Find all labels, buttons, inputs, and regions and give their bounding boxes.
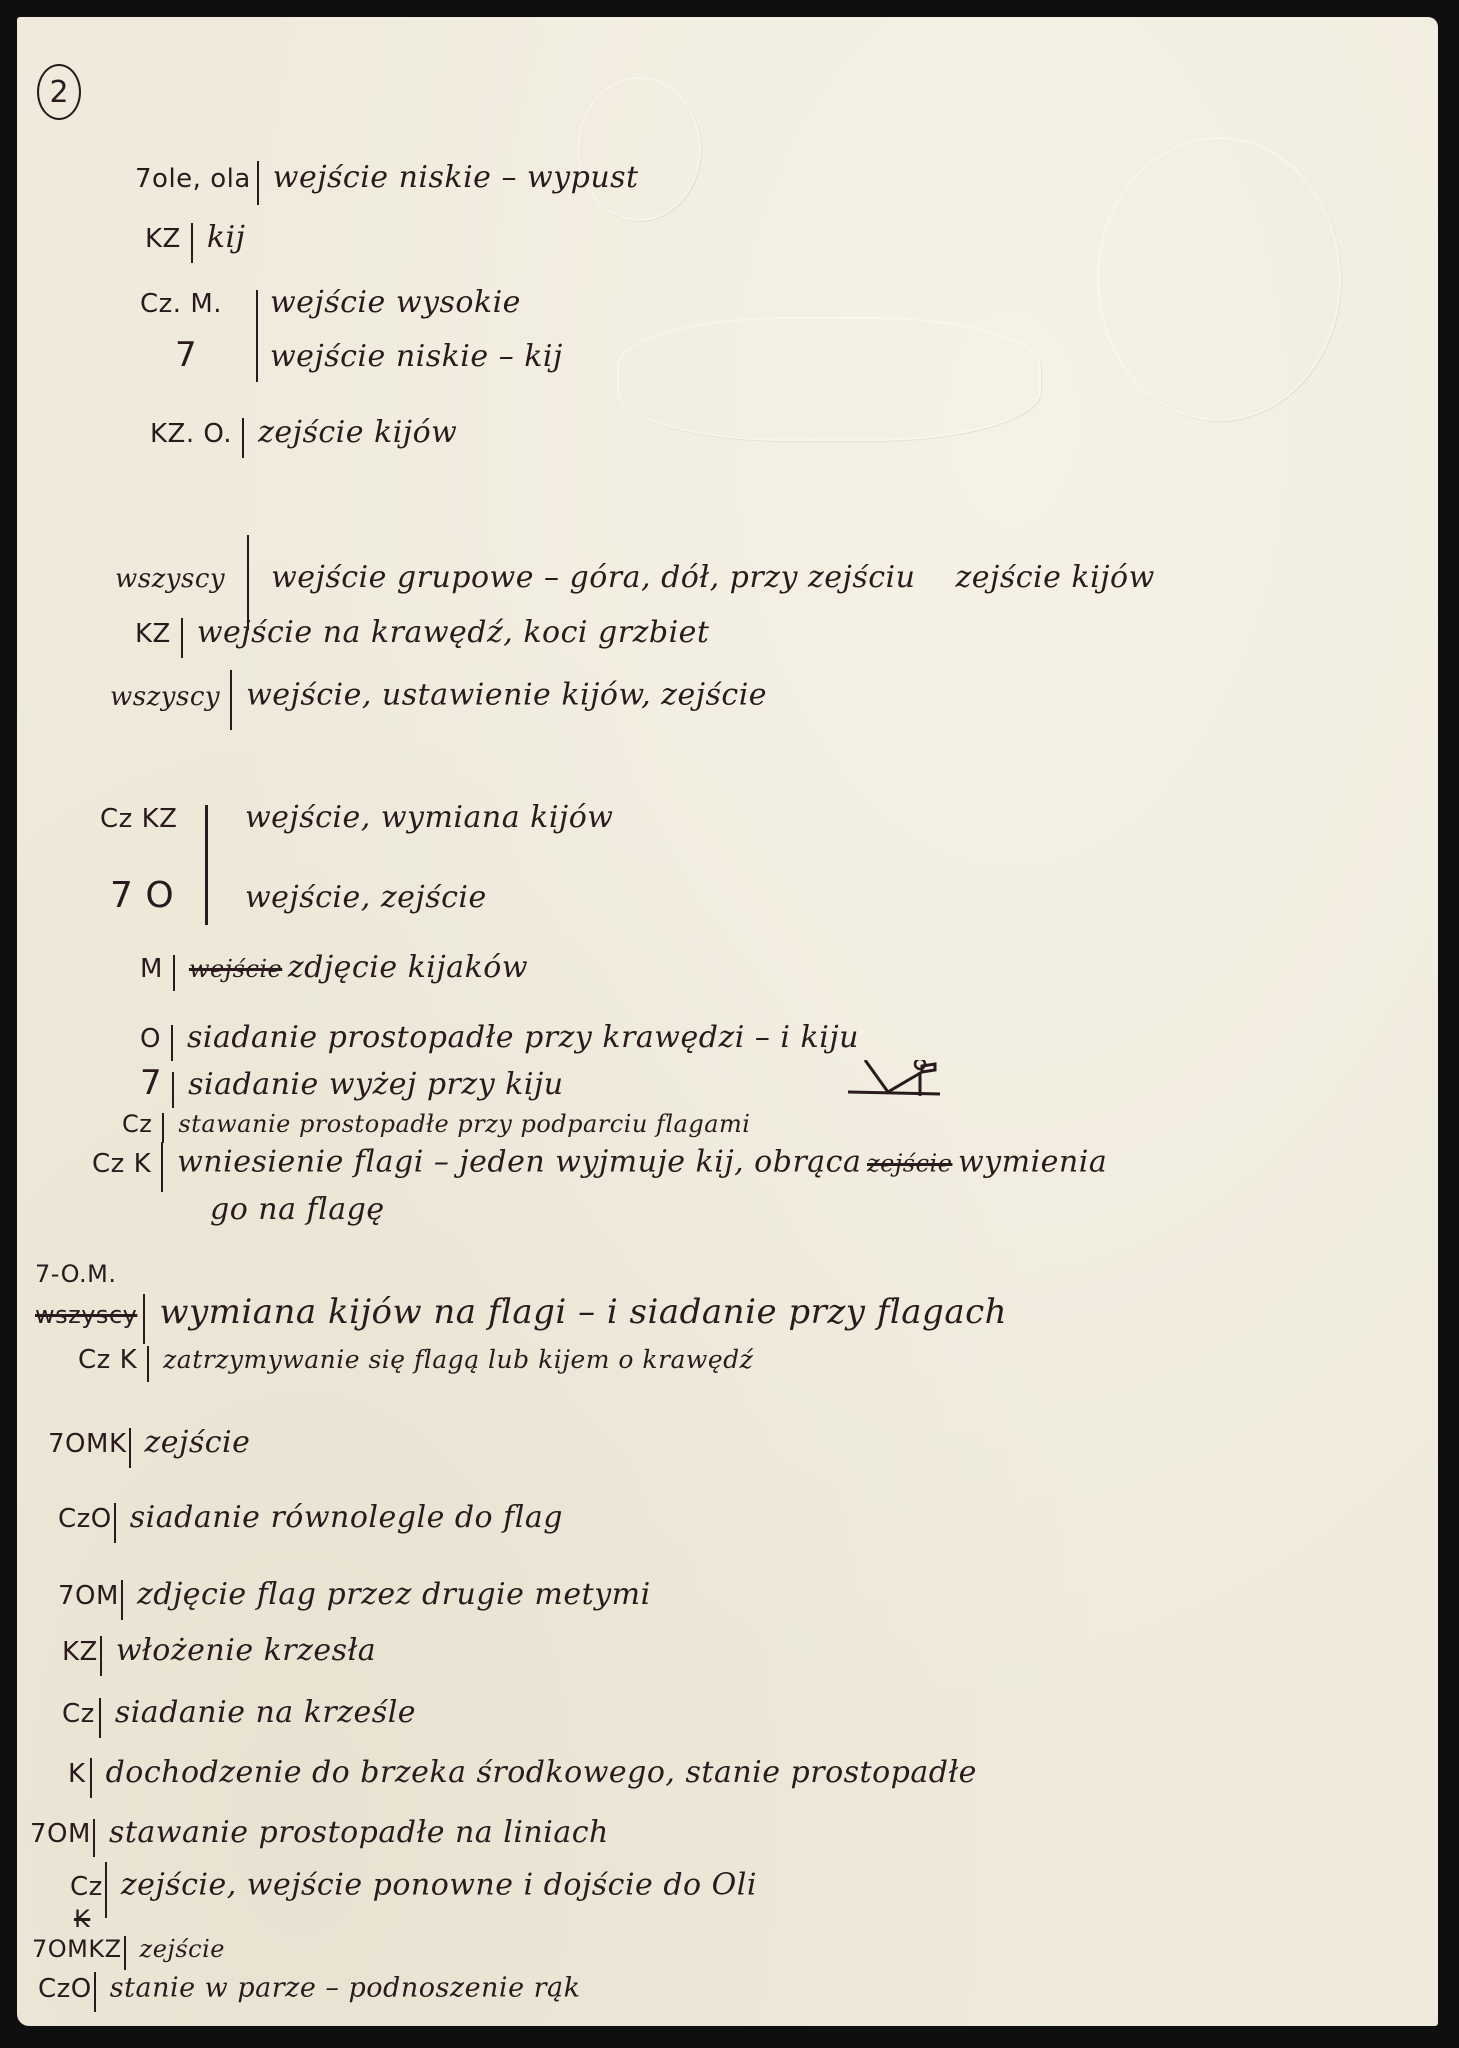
note-line: KZ. O.zejście kijów	[150, 415, 457, 458]
performer-code: 7OM	[30, 1819, 91, 1849]
separator	[242, 418, 244, 458]
action-text: siadanie na krześle	[115, 1695, 416, 1730]
note-line: wszyscywymiana kijów na flagi – i siadan…	[35, 1292, 1007, 1344]
page-number: 2	[37, 64, 81, 120]
performer-code: KZ	[62, 1637, 98, 1667]
performer-code: 7OMK	[48, 1429, 127, 1459]
performer-code: Cz KZ	[100, 804, 205, 834]
separator	[191, 223, 193, 263]
note-line: Czsiadanie na krześle	[62, 1695, 416, 1738]
performer-code: KZ. O.	[150, 419, 232, 449]
separator	[172, 1072, 174, 1108]
performer-code: Cz. M.	[140, 289, 250, 319]
action-text: wejście niskie – wypust	[273, 160, 639, 195]
note-line: Cz Kwniesienie flagi – jeden wyjmuje kij…	[92, 1142, 1107, 1192]
action-text: wejście niskie – kij	[270, 339, 563, 374]
separator	[93, 1819, 95, 1857]
action-text: zejście	[145, 1425, 251, 1460]
performer-code: 7	[140, 1063, 162, 1103]
performer-code: CzO	[38, 1974, 92, 2004]
note-line: 7-O.M.	[35, 1260, 116, 1288]
action-text: zejście	[140, 1935, 225, 1963]
note-line-continuation: go na flagę	[210, 1192, 385, 1227]
performer-code: 7-O.M.	[35, 1260, 116, 1288]
action-text: siadanie równolegle do flag	[130, 1500, 563, 1535]
action-text: zdjęcie flag przez drugie metymi	[137, 1577, 651, 1612]
note-line: wszyscywejście, ustawienie kijów, zejści…	[110, 670, 767, 730]
separator	[161, 1142, 163, 1192]
separator	[99, 1698, 101, 1738]
embossed-mark	[1097, 137, 1341, 421]
separator	[100, 1636, 102, 1676]
group-separator	[256, 290, 258, 382]
struck-text: wejście	[189, 955, 282, 983]
performer-code: 7OMKZ	[32, 1935, 122, 1963]
separator	[230, 670, 232, 730]
performer-code: O	[140, 1024, 161, 1054]
action-text: wejście, wymiana kijów	[245, 800, 613, 835]
note-line: 7OMKzejście	[48, 1425, 250, 1468]
action-text: zdjęcie kijaków	[288, 950, 528, 985]
performer-code: KZ	[135, 619, 171, 649]
embossed-mark	[617, 317, 1041, 441]
note-line: K	[74, 1905, 90, 1933]
note-line: Cz. M.wejście wysokie	[140, 285, 521, 320]
performer-code: wszyscy	[110, 682, 220, 712]
action-text: stawanie prostopadłe przy podparciu flag…	[178, 1110, 750, 1138]
note-line: Cz Kzatrzymywanie się flagą lub kijem o …	[78, 1345, 753, 1382]
action-text: wniesienie flagi – jeden wyjmuje kij, ob…	[177, 1145, 861, 1180]
action-text-extra: zejście kijów	[955, 560, 1154, 595]
note-line: KZwłożenie krzesła	[62, 1633, 376, 1676]
group-separator	[205, 805, 208, 925]
separator	[162, 1113, 164, 1143]
note-line: CzOstanie w parze – podnoszenie rąk	[38, 1972, 581, 2012]
note-line: 7OMzdjęcie flag przez drugie metymi	[58, 1577, 651, 1620]
note-line: Osiadanie prostopadłe przy krawędzi – i …	[140, 1020, 859, 1061]
performer-code: Cz K	[78, 1345, 137, 1375]
separator	[114, 1503, 116, 1543]
performer-code: 7 O	[110, 875, 205, 916]
action-text: dochodzenie do brzeka środkowego, stanie…	[106, 1755, 977, 1790]
separator	[181, 618, 183, 658]
performer-code: KZ	[145, 224, 181, 254]
stick-figure-with-flag-icon	[840, 1060, 950, 1110]
action-text: stanie w parze – podnoszenie rąk	[110, 1973, 581, 2004]
action-text: go na flagę	[210, 1192, 385, 1227]
action-text: wejście na krawędź, koci grzbiet	[197, 615, 710, 650]
performer-code: Cz	[62, 1699, 95, 1729]
separator	[129, 1428, 131, 1468]
action-text: stawanie prostopadłe na liniach	[109, 1815, 609, 1850]
note-line: Mwejście zdjęcie kijaków	[140, 950, 528, 991]
separator	[171, 1025, 173, 1061]
note-line: 7 Owejście, zejście	[110, 875, 487, 916]
performer-code: K	[68, 1759, 86, 1789]
performer-code: 7OM	[58, 1581, 119, 1611]
action-text: wejście wysokie	[270, 285, 521, 320]
separator	[143, 1294, 145, 1344]
action-text: wymiana kijów na flagi – i siadanie przy…	[159, 1292, 1007, 1332]
note-line: Czzejście, wejście ponowne i dojście do …	[70, 1862, 757, 1918]
separator	[147, 1346, 149, 1382]
note-line: 7OMKZzejście	[32, 1935, 225, 1970]
action-text: zejście, wejście ponowne i dojście do Ol…	[121, 1868, 757, 1903]
note-line: 7ole, olawejście niskie – wypust	[135, 160, 639, 205]
performer-code: 7	[175, 335, 250, 375]
action-text-2: wymienia	[958, 1145, 1107, 1180]
performer-code: CzO	[58, 1504, 112, 1534]
performer-code: M	[140, 954, 163, 984]
separator	[257, 161, 259, 205]
separator	[105, 1862, 107, 1918]
performer-code: Cz	[122, 1110, 152, 1138]
action-text: wejście grupowe – góra, dół, przy zejści…	[271, 560, 915, 595]
separator	[124, 1936, 126, 1970]
note-line: Cz KZwejście, wymiana kijów	[100, 800, 613, 835]
note-line: 7OMstawanie prostopadłe na liniach	[30, 1815, 609, 1857]
separator	[121, 1580, 123, 1620]
struck-code: wszyscy	[35, 1301, 137, 1329]
note-line: Kdochodzenie do brzeka środkowego, stani…	[68, 1755, 977, 1798]
action-text: siadanie wyżej przy kiju	[188, 1067, 563, 1102]
note-line: KZkij	[145, 220, 245, 263]
struck-code: K	[74, 1905, 90, 1933]
action-text: włożenie krzesła	[116, 1633, 376, 1668]
note-line: Czstawanie prostopadłe przy podparciu fl…	[122, 1110, 750, 1143]
action-text: wejście, ustawienie kijów, zejście	[246, 678, 767, 713]
performer-code: Cz K	[92, 1149, 151, 1179]
action-text: wejście, zejście	[245, 880, 487, 915]
performer-code: wszyscy	[115, 564, 225, 594]
action-text: zejście kijów	[258, 415, 457, 450]
action-text: siadanie prostopadłe przy krawędzi – i k…	[187, 1020, 859, 1055]
note-line: 7siadanie wyżej przy kiju	[140, 1063, 564, 1108]
action-text: kij	[207, 220, 246, 255]
performer-code: Cz	[70, 1872, 103, 1902]
action-text: zatrzymywanie się flagą lub kijem o kraw…	[163, 1345, 753, 1374]
separator	[173, 955, 175, 991]
struck-text: zejście	[867, 1150, 952, 1178]
performer-code: 7ole, ola	[135, 164, 251, 194]
separator	[94, 1972, 96, 2012]
note-line: CzOsiadanie równolegle do flag	[58, 1500, 563, 1543]
note-line: KZwejście na krawędź, koci grzbiet	[135, 615, 710, 658]
separator	[90, 1758, 92, 1798]
note-line: 7wejście niskie – kij	[175, 335, 563, 375]
